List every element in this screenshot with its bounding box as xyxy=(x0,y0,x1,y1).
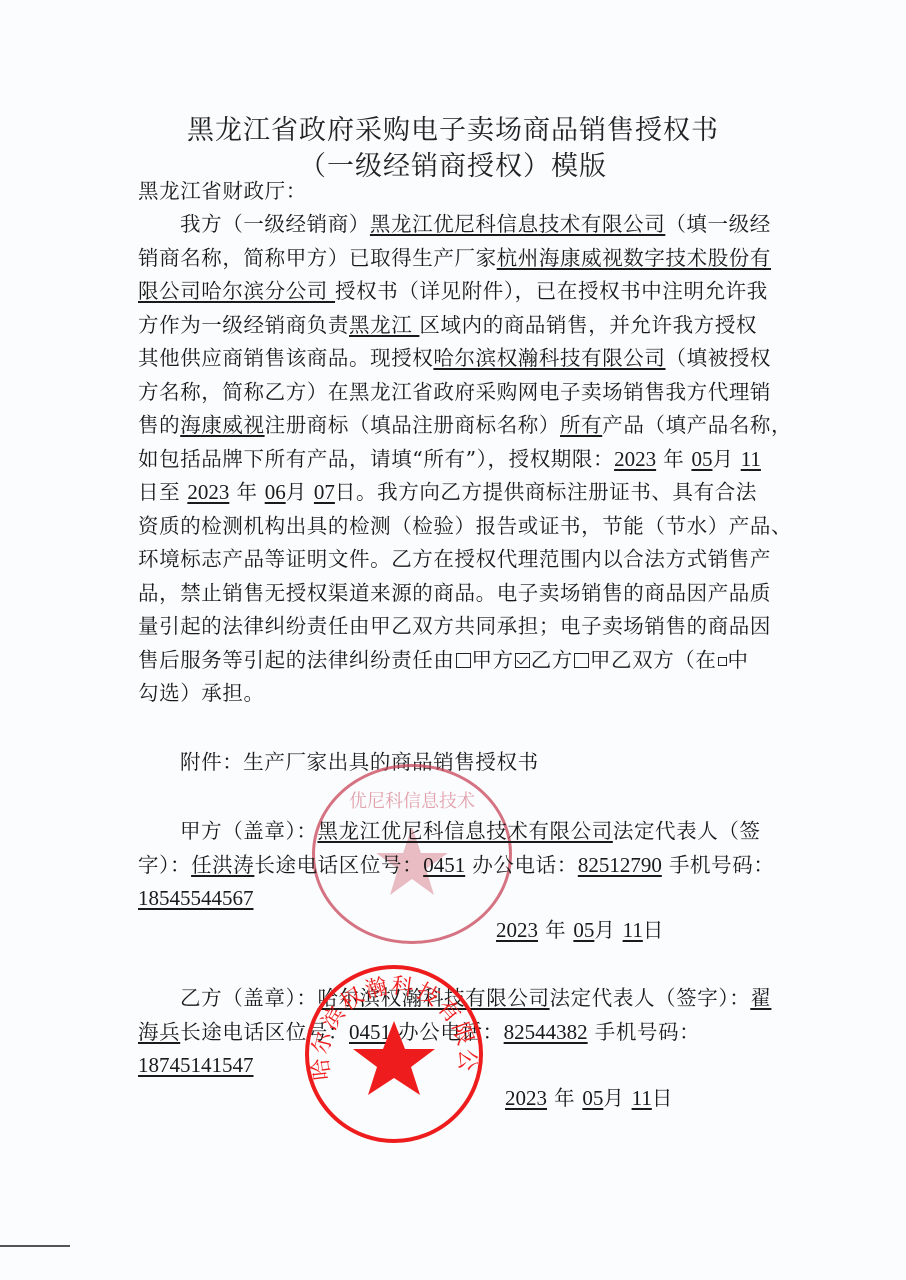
scan-edge-mark xyxy=(0,1245,70,1247)
party-b-line-1: 乙方（盖章）：哈尔滨权瀚科技有限公司法定代表人（签字）：翟 xyxy=(180,983,820,1013)
body-line-14: 售后服务等引起的法律纠纷责任由甲方乙方甲乙双方（在中 xyxy=(138,645,778,675)
body-line-3: 限公司哈尔滨分公司 授权书（详见附件），已在授权书中注明允许我 xyxy=(138,276,778,306)
body-line-2: 销商名称，简称甲方）已取得生产厂家杭州海康威视数字技术股份有 xyxy=(138,243,778,273)
start-month: 05 xyxy=(691,447,712,471)
party-a-line-3: 18545544567 xyxy=(138,883,778,913)
body-line-12: 品，禁止销售无授权渠道来源的商品。电子卖场销售的商品因产品质 xyxy=(138,578,778,608)
party-b-company-seal: 哈尔滨权瀚科技有限公司 xyxy=(305,965,483,1143)
checkbox-party-b-checked[interactable] xyxy=(515,653,530,668)
party-b-mobile: 18745141547 xyxy=(138,1053,254,1077)
body-line-15: 勾选）承担。 xyxy=(138,678,778,708)
document-title: 黑龙江省政府采购电子卖场商品销售授权书 xyxy=(0,108,906,147)
party-a-office-phone: 82512790 xyxy=(578,853,662,877)
body-line-5: 其他供应商销售该商品。现授权哈尔滨权瀚科技有限公司（填被授权 xyxy=(138,343,778,373)
party-b-date: 2023 年 05月 11日 xyxy=(505,1083,745,1113)
start-day: 11 xyxy=(741,447,761,471)
party-a-area-code: 0451 xyxy=(423,853,465,877)
body-line-4: 方作为一级经销商负责黑龙江 区域内的商品销售，并允许我方授权 xyxy=(138,310,778,340)
body-line-1: 我方（一级经销商）黑龙江优尼科信息技术有限公司（填一级经 xyxy=(180,209,820,239)
region: 黑龙江 xyxy=(349,313,419,337)
manufacturer-name: 杭州海康威视数字技术股份有 xyxy=(497,246,771,270)
body-line-13: 量引起的法律纠纷责任由甲乙双方共同承担；电子卖场销售的商品因 xyxy=(138,611,778,641)
products: 所有 xyxy=(560,413,602,437)
body-line-11: 环境标志产品等证明文件。乙方在授权代理范围内以合法方式销售产 xyxy=(138,544,778,574)
party-a-representative: 任洪涛 xyxy=(191,853,254,877)
end-day: 07 xyxy=(314,480,335,504)
trademark: 海康威视 xyxy=(180,413,264,437)
party-a-line-1: 甲方（盖章）：黑龙江优尼科信息技术有限公司法定代表人（签 xyxy=(180,816,820,846)
checkbox-symbol-icon xyxy=(718,657,727,666)
start-year: 2023 xyxy=(614,447,656,471)
checkbox-both-parties[interactable] xyxy=(574,653,589,668)
svg-text:优尼科信息技术: 优尼科信息技术 xyxy=(349,791,475,812)
party-b-office-phone: 82544382 xyxy=(504,1020,588,1044)
end-month: 06 xyxy=(265,480,286,504)
party-a-date: 2023 年 05月 11日 xyxy=(496,915,736,945)
seal-star-icon: 哈尔滨权瀚科技有限公司 xyxy=(309,969,479,1139)
body-line-8: 如包括品牌下所有产品，请填“所有”），授权期限：2023 年 05月 11 xyxy=(138,444,778,474)
distributor-name: 黑龙江优尼科信息技术有限公司 xyxy=(370,212,665,236)
party-a-company: 黑龙江优尼科信息技术有限公司 xyxy=(317,819,612,843)
party-a-mobile: 18545544567 xyxy=(138,886,254,910)
authorized-party-name: 哈尔滨权瀚科技有限公司 xyxy=(433,346,665,370)
end-year: 2023 xyxy=(187,480,229,504)
body-line-7: 售的海康威视注册商标（填品注册商标名称）所有产品（填产品名称， xyxy=(138,410,778,440)
party-b-representative: 海兵 xyxy=(138,1020,180,1044)
authorization-letter-page: 黑龙江省政府采购电子卖场商品销售授权书 （一级经销商授权）模版 黑龙江省财政厅：… xyxy=(0,0,906,1280)
body-line-6: 方名称，简称乙方）在黑龙江省政府采购网电子卖场销售我方代理销 xyxy=(138,377,778,407)
body-line-9: 日至 2023 年 06月 07日。我方向乙方提供商标注册证书、具有合法 xyxy=(138,477,778,507)
party-a-line-2: 字）：任洪涛长途电话区位号：0451 办公电话：82512790 手机号码： xyxy=(138,850,778,880)
addressee: 黑龙江省财政厅： xyxy=(138,176,778,206)
body-line-10: 资质的检测机构出具的检测（检验）报告或证书，节能（节水）产品、 xyxy=(138,511,778,541)
checkbox-party-a[interactable] xyxy=(456,653,471,668)
manufacturer-name-cont: 限公司哈尔滨分公司 xyxy=(138,279,335,303)
